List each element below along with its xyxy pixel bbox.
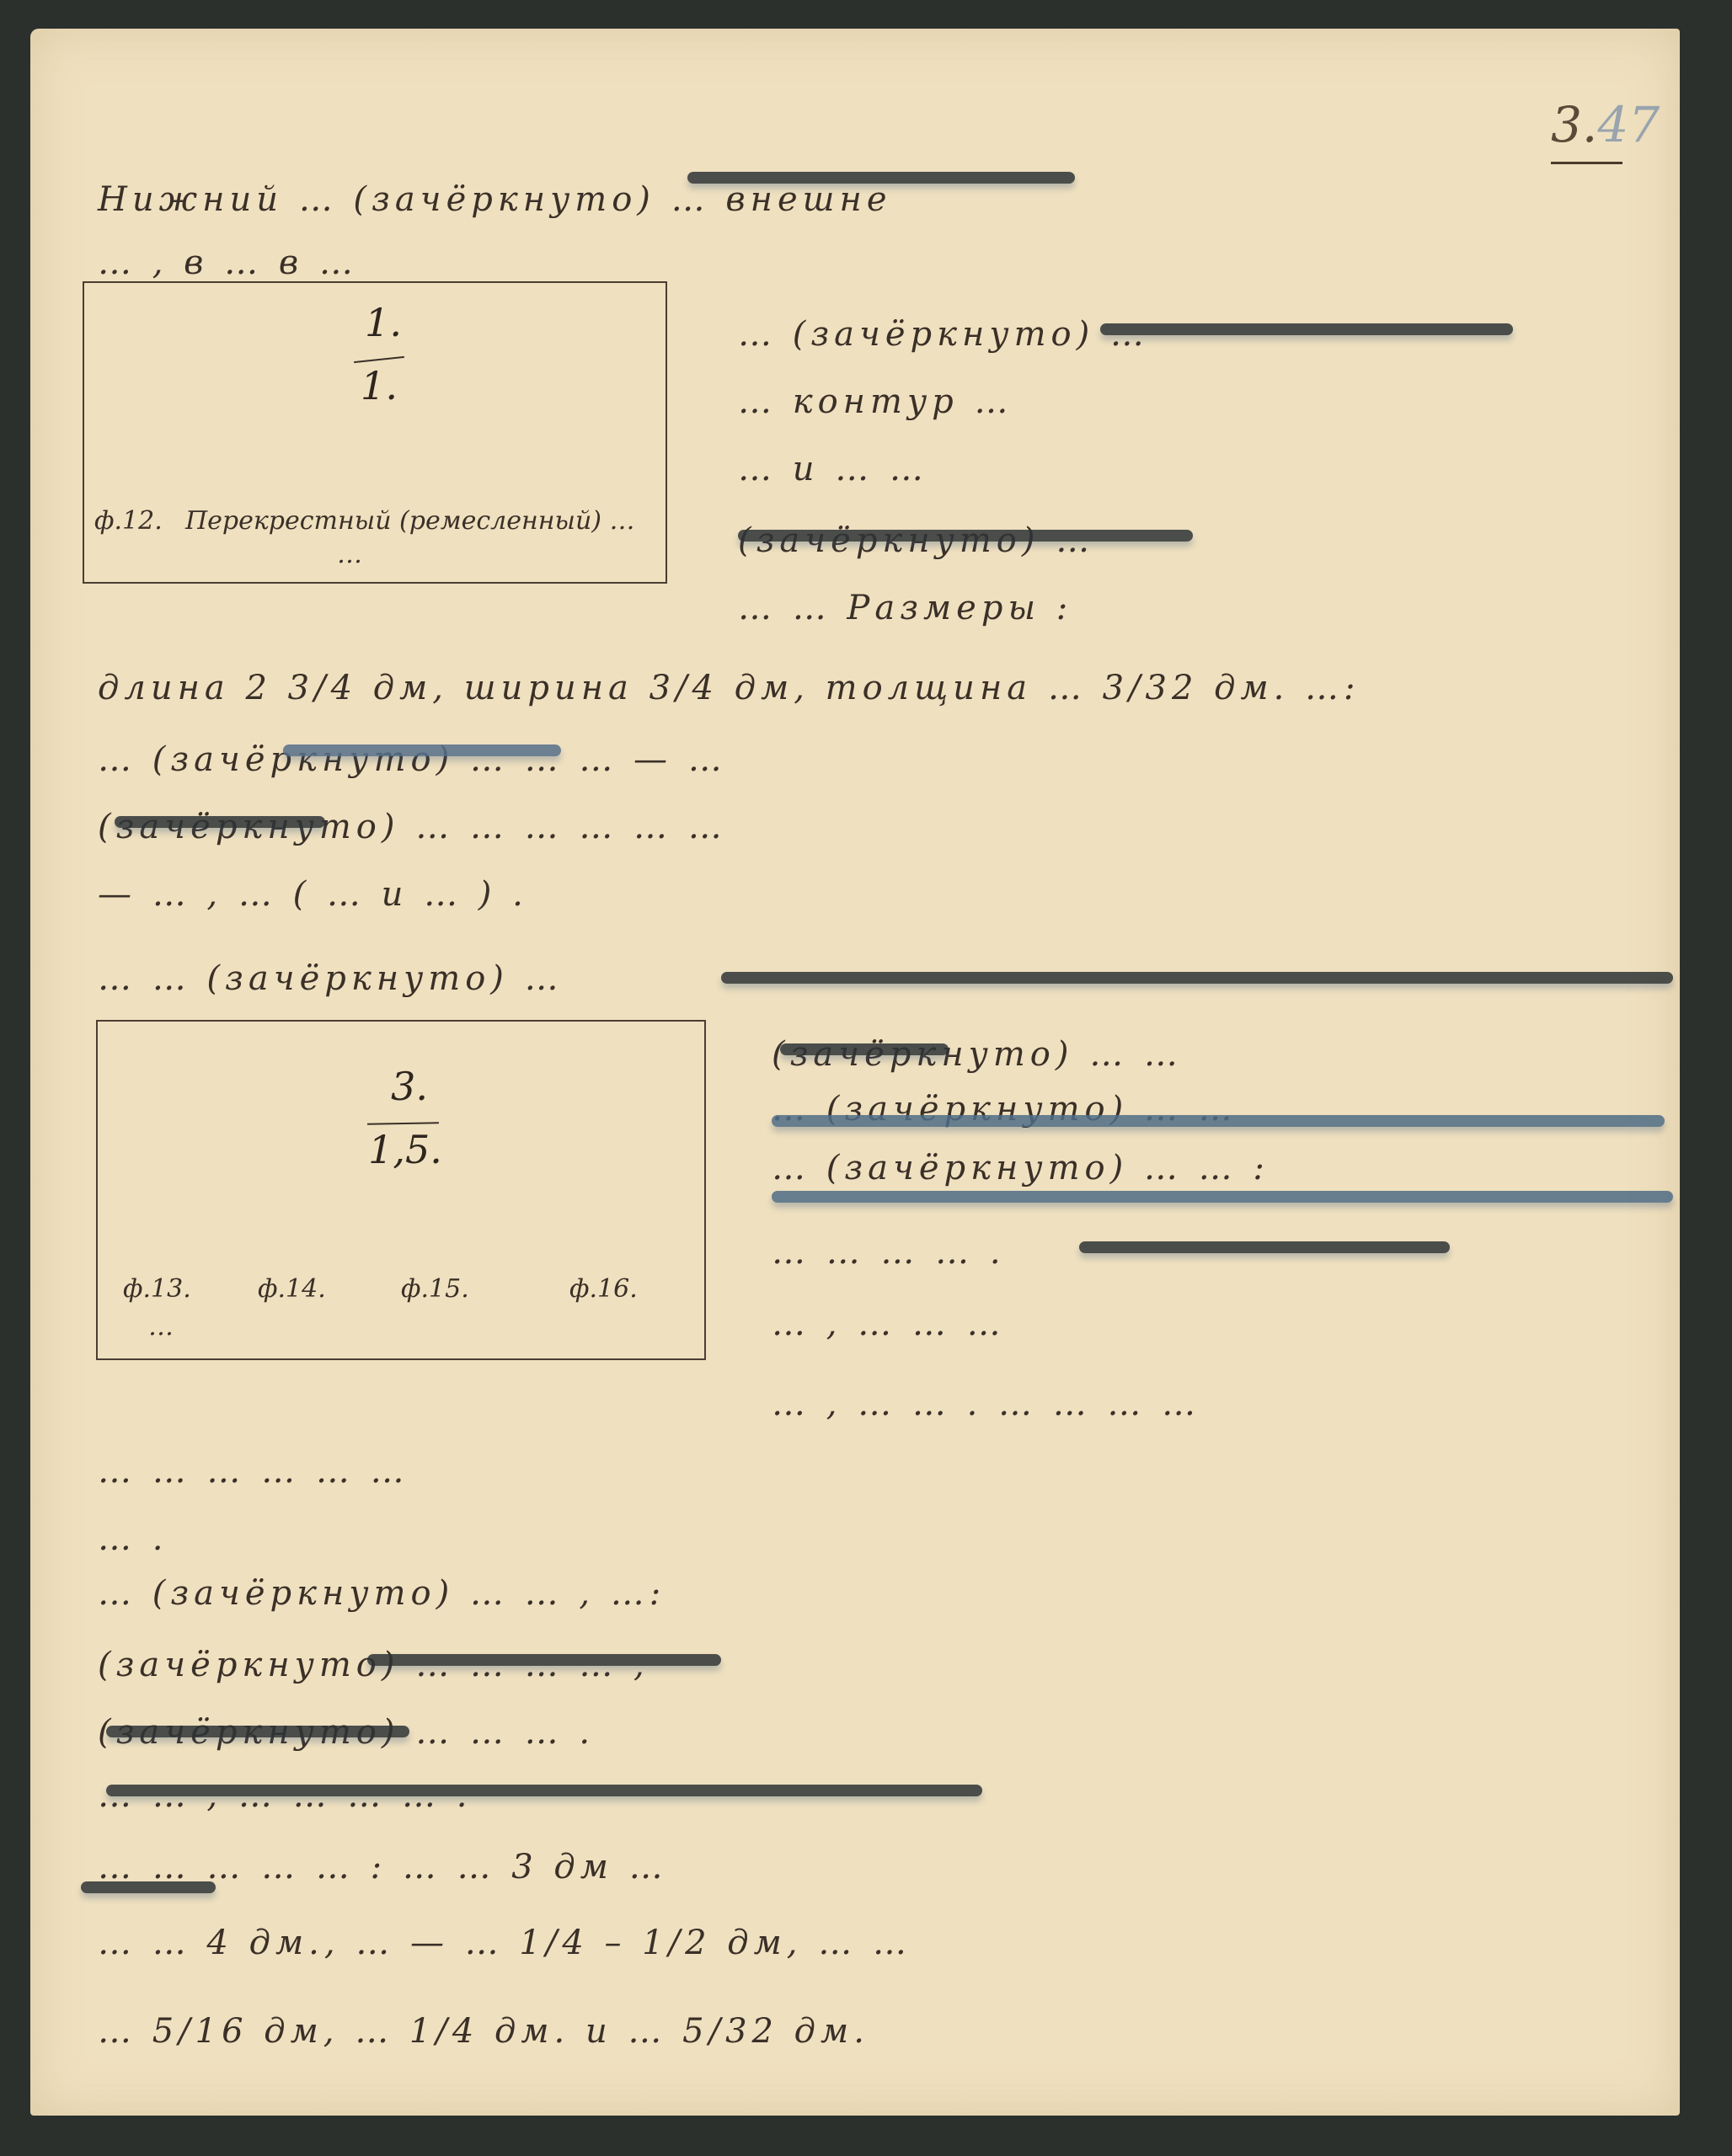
page-number-main: 3. bbox=[1551, 96, 1597, 153]
page-number-secondary: 47 bbox=[1597, 96, 1660, 153]
strikethrough bbox=[1100, 323, 1513, 335]
text-line: … контур … bbox=[738, 382, 1013, 421]
strikethrough bbox=[721, 972, 1673, 984]
fraction-bar bbox=[367, 1122, 439, 1124]
text-line: … … … … . bbox=[772, 1233, 1006, 1272]
figure-label-16: ф.16. bbox=[569, 1274, 638, 1304]
strikethrough bbox=[772, 1191, 1673, 1203]
text-line: … … … … … … bbox=[98, 1452, 409, 1491]
figure-caption-line2: … bbox=[337, 540, 362, 569]
strikethrough bbox=[772, 1115, 1665, 1127]
figure-caption: … bbox=[148, 1312, 174, 1342]
fraction-top: 1. bbox=[341, 300, 425, 345]
strikethrough bbox=[738, 530, 1193, 542]
fraction-bar bbox=[354, 356, 404, 363]
text-line: … (зачёркнуто) … … : bbox=[772, 1149, 1270, 1187]
strikethrough bbox=[687, 172, 1075, 184]
text-line: … … Размеры : bbox=[738, 589, 1072, 627]
page-number-underline bbox=[1551, 162, 1622, 164]
text-line: … … 4 дм., … — … 1/4 – 1/2 дм, … … bbox=[98, 1924, 911, 1962]
figure-label-14: ф.14. bbox=[258, 1274, 326, 1304]
figure-label-13: ф.13. bbox=[123, 1274, 191, 1304]
strikethrough bbox=[115, 816, 325, 828]
fraction-bottom: 1. bbox=[337, 363, 421, 408]
strikethrough bbox=[367, 1654, 721, 1666]
text-line: … , … … . … … … … bbox=[772, 1385, 1200, 1423]
text-line: … и … … bbox=[738, 450, 928, 488]
text-line: … (зачёркнуто) … … , …: bbox=[98, 1574, 666, 1613]
figure-label-15: ф.15. bbox=[401, 1274, 469, 1304]
text-line: длина 2 3/4 дм, ширина 3/4 дм, толщина …… bbox=[98, 669, 1360, 707]
strikethrough bbox=[1079, 1241, 1450, 1253]
text-line: … (зачёркнуто) … bbox=[738, 315, 1149, 354]
figure-box-1: 1. 1. ф.12. Перекрестный (ремесленный) …… bbox=[83, 281, 667, 584]
strikethrough bbox=[283, 744, 561, 756]
strikethrough bbox=[106, 1785, 982, 1796]
fraction-bottom: 1,5. bbox=[363, 1127, 447, 1172]
strikethrough bbox=[81, 1881, 216, 1893]
strikethrough bbox=[780, 1043, 949, 1055]
text-line: … , … … … bbox=[772, 1305, 1006, 1343]
text-line: … 5/16 дм, … 1/4 дм. и … 5/32 дм. bbox=[98, 2012, 869, 2051]
page-number: 3.47 bbox=[1551, 96, 1660, 153]
fraction-top: 3. bbox=[367, 1064, 452, 1109]
text-line: — … , … ( … и … ) . bbox=[98, 875, 528, 914]
text-line: … , в … в … bbox=[98, 243, 358, 282]
text-line: … . bbox=[98, 1519, 168, 1558]
figure-caption: Перекрестный (ремесленный) … bbox=[185, 506, 635, 536]
manuscript-page: 3.47 1. 1. ф.12. Перекрестный (ремесленн… bbox=[30, 29, 1680, 2116]
figure-label: ф.12. bbox=[94, 506, 163, 536]
figure-box-2: 3. 1,5. ф.13. ф.14. ф.15. ф.16. … bbox=[96, 1020, 706, 1360]
text-line: Нижний … (зачёркнуто) … внешне bbox=[98, 180, 892, 219]
strikethrough bbox=[106, 1726, 409, 1737]
text-line: … … (зачёркнуто) … bbox=[98, 959, 564, 998]
